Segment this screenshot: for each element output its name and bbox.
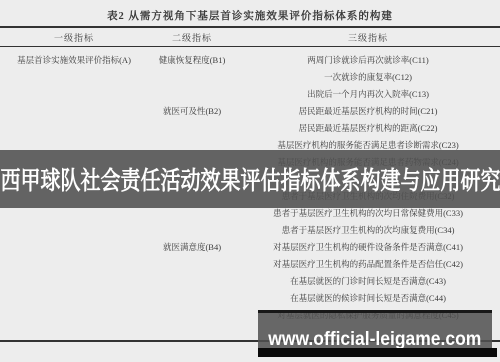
cell-level2-indicator: 就医可及性(B2): [148, 103, 236, 120]
table-row: 一次就诊的康复率(C12): [0, 69, 500, 86]
table-header-divider: [0, 46, 500, 47]
table-row: 在基层就医的门诊时间长短是否满意(C43): [0, 273, 500, 290]
table-row: 在基层就医的候诊时间长短是否满意(C44): [0, 290, 500, 307]
watermark-box: www.official-leigame.com: [258, 310, 492, 351]
table-row: 就医满意度(B4) 对基层医疗卫生机构的硬件设备条件是否满意(C41): [0, 239, 500, 256]
cell-level3-indicator: 居民距最近基层医疗机构的距离(C22): [236, 120, 500, 137]
column-header-level2: 二级指标: [148, 31, 236, 44]
cell-level3-indicator: 对基层医疗卫生机构的药品配置条件是否信任(C42): [236, 256, 500, 273]
overlay-title-banner: 西甲球队社会责任活动效果评估指标体系构建与应用研究: [0, 150, 500, 208]
cell-level2-indicator: 健康恢复程度(B1): [148, 52, 236, 69]
cell-level3-indicator: 出院后一个月内再次入院率(C13): [236, 86, 500, 103]
cell-level3-indicator: 居民距最近基层医疗机构的时间(C21): [236, 103, 500, 120]
table-row: 基层首诊实施效果评价指标(A) 健康恢复程度(B1) 两周门诊就诊后再次就诊率(…: [0, 52, 500, 69]
watermark-bottom-bar: [258, 348, 497, 357]
cell-level2-indicator: 就医满意度(B4): [148, 239, 236, 256]
column-header-level3: 三级指标: [236, 31, 500, 44]
table-row: 出院后一个月内再次入院率(C13): [0, 86, 500, 103]
table-row: 居民距最近基层医疗机构的距离(C22): [0, 120, 500, 137]
cell-level3-indicator: 在基层就医的门诊时间长短是否满意(C43): [236, 273, 500, 290]
column-header-level1: 一级指标: [0, 31, 148, 44]
scanned-table-page: 表2 从需方视角下基层首诊实施效果评价指标体系的构建 一级指标 二级指标 三级指…: [0, 0, 500, 362]
table-row: 就医可及性(B2) 居民距最近基层医疗机构的时间(C21): [0, 103, 500, 120]
cell-level3-indicator: 在基层就医的候诊时间长短是否满意(C44): [236, 290, 500, 307]
cell-level3-indicator: 一次就诊的康复率(C12): [236, 69, 500, 86]
cell-level1-indicator: 基层首诊实施效果评价指标(A): [0, 52, 148, 69]
cell-level3-indicator: 对基层医疗卫生机构的硬件设备条件是否满意(C41): [236, 239, 500, 256]
table-row: 患者于基层医疗卫生机构的次均康复费用(C34): [0, 222, 500, 239]
cell-level3-indicator: 两周门诊就诊后再次就诊率(C11): [236, 52, 500, 69]
table-header-row: 一级指标 二级指标 三级指标: [0, 28, 500, 46]
cell-level3-indicator: 患者于基层医疗卫生机构的次均康复费用(C34): [236, 222, 500, 239]
table-row: 对基层医疗卫生机构的药品配置条件是否信任(C42): [0, 256, 500, 273]
table-title: 表2 从需方视角下基层首诊实施效果评价指标体系的构建: [0, 8, 500, 23]
overlay-title-text: 西甲球队社会责任活动效果评估指标体系构建与应用研究: [0, 161, 500, 197]
